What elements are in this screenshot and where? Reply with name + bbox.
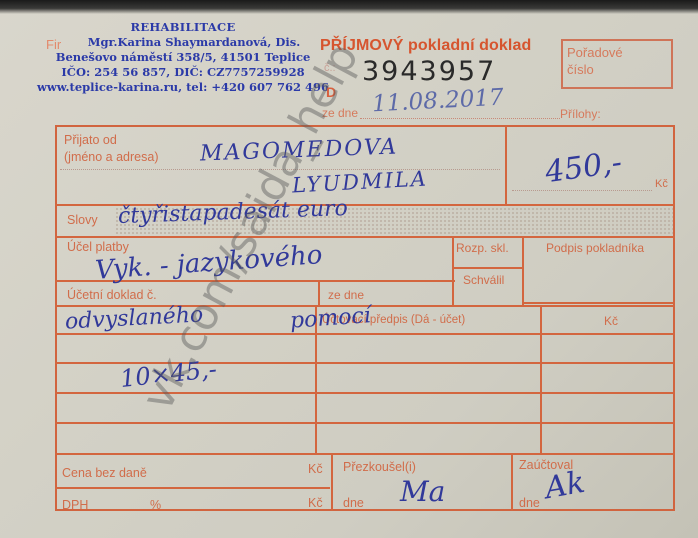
stamp-line-3: Benešovo náměstí 358/5, 41501 Teplice <box>28 50 338 65</box>
date-value: 11.08.2017 <box>371 85 504 118</box>
prezkousel-signature: Ma <box>400 475 445 508</box>
poradove-label: Pořadové <box>567 44 667 61</box>
document-title: PŘÍJMOVÝ pokladní doklad <box>320 37 531 55</box>
divider-amount <box>505 125 507 205</box>
ze-dne-label: ze dne <box>328 288 364 302</box>
dotline-prijato-1 <box>60 169 500 170</box>
number-label: č.: <box>324 62 336 74</box>
stamp-line-5: www.teplice-karina.ru, tel: +420 607 762… <box>28 80 338 95</box>
stamp-line-1: REHABILITACE <box>28 20 338 35</box>
slovy-label: Slovy <box>67 213 98 227</box>
divider-podpis-bottom <box>522 302 675 304</box>
document-number: 3943957 <box>362 56 496 87</box>
stamp-line-2: Mgr.Karina Shaymardanová, Dis. <box>50 35 338 50</box>
dotline-amount <box>512 190 652 191</box>
poradove-cislo-box: Pořadové číslo <box>561 39 673 89</box>
divider-prezkousel-zauctoval <box>511 453 513 511</box>
divider-ucel-right <box>452 236 454 305</box>
prezkousel-label: Přezkoušel(i) <box>343 460 416 474</box>
divider-cena-dph <box>55 487 330 489</box>
kc-column-label: Kč <box>604 314 618 328</box>
grid-row-4 <box>55 422 675 424</box>
divider-ze-dne <box>318 280 320 305</box>
date-dotted-line <box>360 118 560 119</box>
amount-currency: Kč <box>655 178 668 190</box>
dph-kc-label: Kč <box>308 496 323 510</box>
prijato-od-label: Přijato od <box>64 133 117 147</box>
grid-row-3 <box>55 392 675 394</box>
prilohy-label: Přílohy: <box>560 107 601 121</box>
cena-bez-dane-label: Cena bez daně <box>62 466 147 480</box>
jmeno-adresa-label: (jméno a adresa) <box>64 150 159 164</box>
dph-label: DPH <box>62 498 88 512</box>
zauctoval-dne-label: dne <box>519 496 540 510</box>
divider-slovy-bottom <box>55 236 675 238</box>
stamp-line-4: IČO: 254 56 857, DIČ: CZ7757259928 <box>28 65 338 80</box>
photo-top-edge <box>0 0 698 14</box>
podpis-pokladnika-label: Podpis pokladníka <box>546 241 644 255</box>
grid-col-2 <box>540 305 542 453</box>
rozp-skl-label: Rozp. skl. <box>456 241 509 255</box>
ucetni-doklad-label: Účetní doklad č. <box>67 288 157 302</box>
cena-kc-label: Kč <box>308 462 323 476</box>
prezkousel-dne-label: dne <box>343 496 364 510</box>
receipt-paper: Fir REHABILITACE Mgr.Karina Shaymardanov… <box>0 0 698 538</box>
cislo-label: číslo <box>567 61 667 78</box>
divider-rozp-right <box>522 236 524 305</box>
zauctoval-signature: Ak <box>542 465 587 506</box>
schvalil-label: Schválil <box>463 273 504 287</box>
ucel-platby-label: Účel platby <box>67 240 129 254</box>
divider-cena-prezkousel <box>331 453 333 511</box>
grid-row-1 <box>55 333 675 335</box>
dph-percent-label: % <box>150 498 161 512</box>
company-stamp: REHABILITACE Mgr.Karina Shaymardanová, D… <box>28 20 338 95</box>
grid-row-5 <box>55 453 675 455</box>
divider-rozp-bottom <box>452 267 524 269</box>
d-label: D <box>326 84 336 100</box>
date-label: ze dne <box>322 106 358 120</box>
